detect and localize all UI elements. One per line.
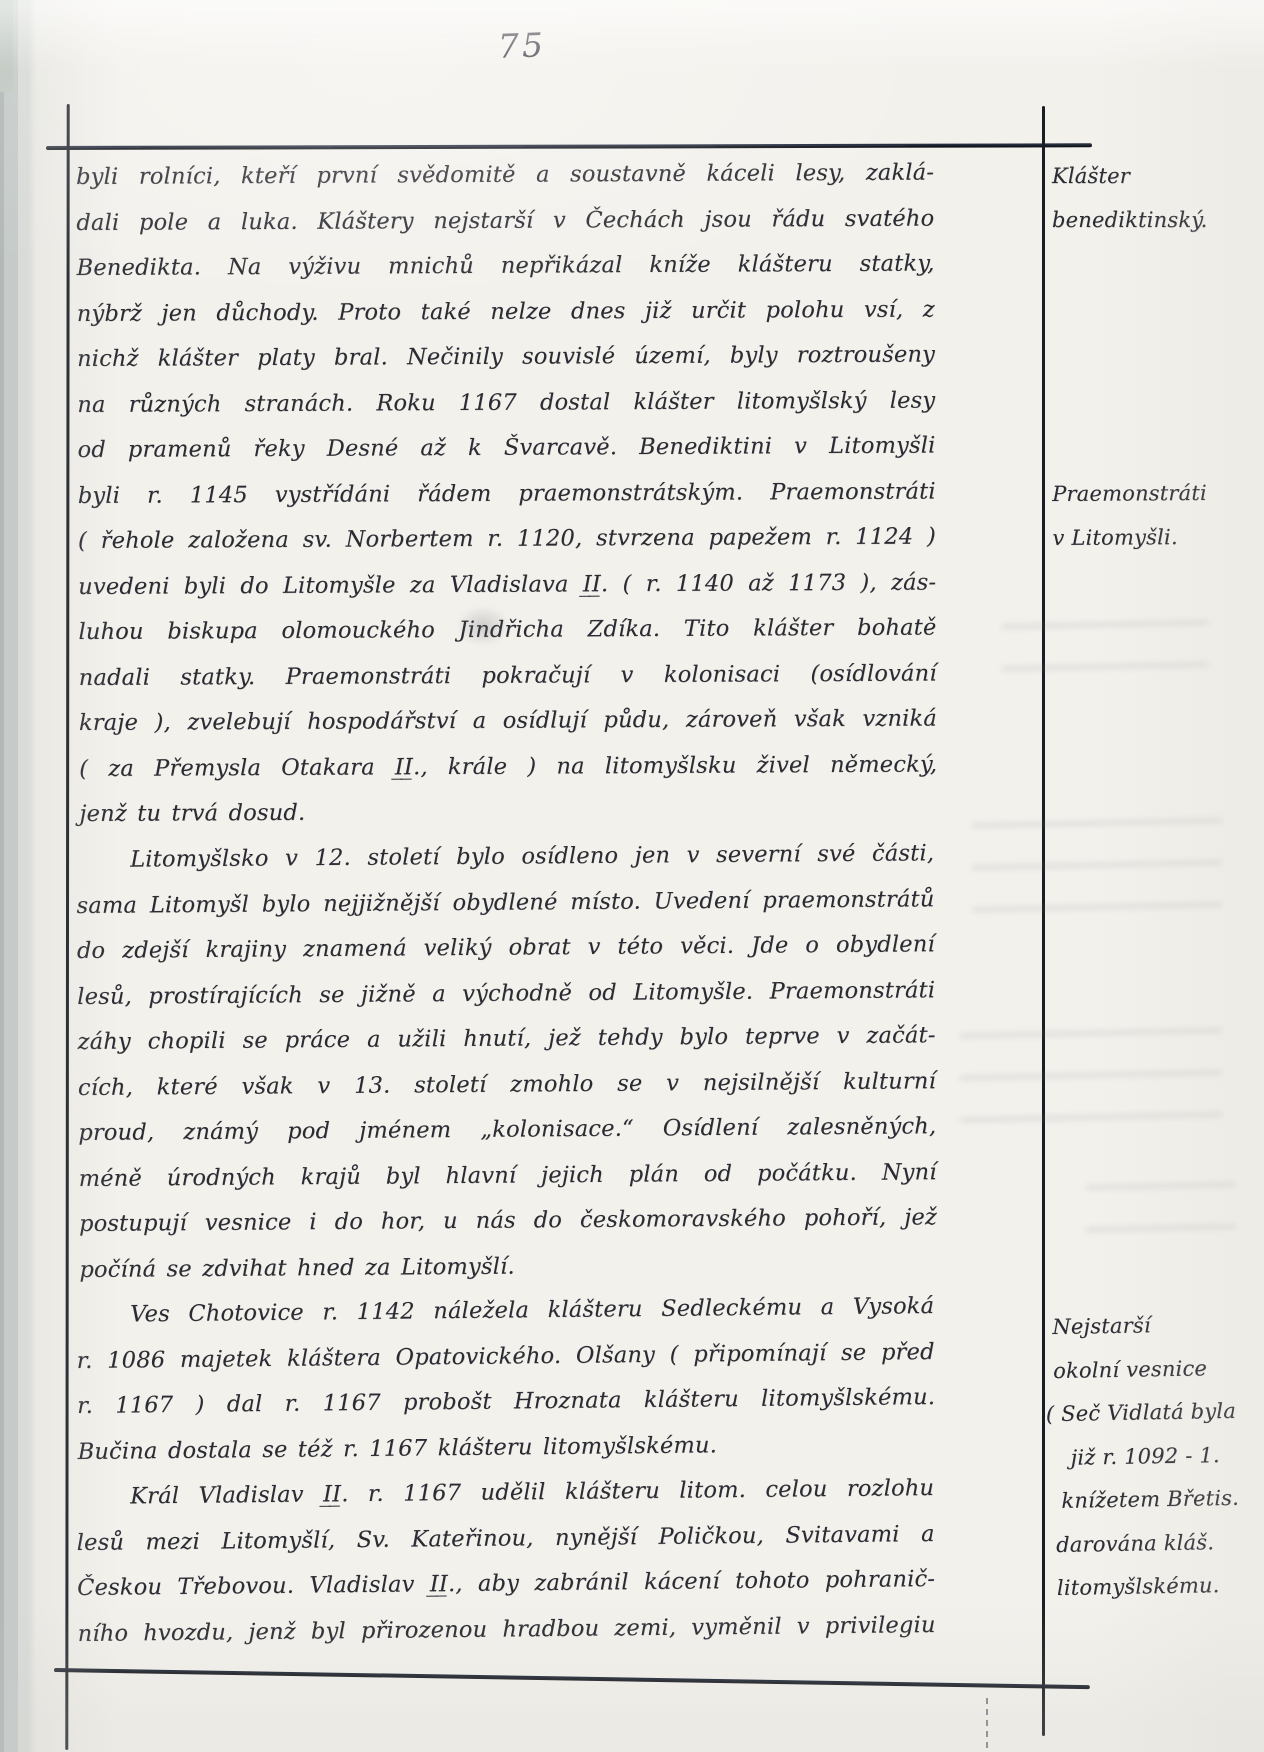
bleedthrough-ghost — [1086, 1180, 1236, 1238]
margin-note-line: okolní vesnice — [1053, 1346, 1264, 1393]
paragraph-colonisation: Litomyšlsko v 12. století bylo osídleno … — [76, 831, 938, 1293]
text-line: Bučina dostala se též r. 1167 klášteru l… — [77, 1420, 935, 1474]
margin-note-line: v Litomyšli. — [1052, 515, 1264, 560]
text-line: Ves Chotovice r. 1142 náležela klášteru … — [76, 1284, 934, 1338]
margin-note-line: knížetem Břetis. — [1061, 1476, 1264, 1523]
margin-note-oldest-villages: Nejstaršíokolní vesnice( Seč Vidlatá byl… — [1052, 1302, 1264, 1610]
text-line: ( řehole založena sv. Norbertem r. 1120,… — [78, 515, 936, 565]
top-rule-line — [46, 143, 1092, 150]
left-margin-rule — [65, 104, 69, 1750]
text-line: ního hvozdu, jenž byl přirozenou hradbou… — [77, 1602, 935, 1656]
page-number: 75 — [497, 25, 546, 66]
margin-note-line: darována kláš. — [1056, 1520, 1264, 1567]
text-line: lesů mezi Litomyšlí, Sv. Kateřinou, nyně… — [76, 1511, 934, 1565]
text-line: uvedeni byli do Litomyšle za Vladislava … — [78, 560, 936, 610]
bleedthrough-ghost — [1002, 590, 1208, 676]
text-line: lesů, prostírajících se jižně a východně… — [77, 967, 935, 1019]
margin-note-benedictine: Klášterbenediktinský. — [1052, 154, 1264, 242]
text-line: dali pole a luka. Kláštery nejstarší v Č… — [76, 196, 934, 246]
manuscript-body: byli rolníci, kteří první svědomitě a so… — [76, 155, 934, 1657]
scanner-edge-strip — [0, 0, 36, 1752]
text-line: r. 1086 majetek kláštera Opatovického. O… — [76, 1329, 934, 1383]
text-line: cích, které však v 13. století zmohlo se… — [78, 1058, 936, 1110]
margin-note-premonstratensian: Praemonstrátiv Litomyšli. — [1052, 471, 1264, 560]
text-line: luhou biskupa olomouckého Jindřicha Zdík… — [78, 606, 936, 656]
text-line: nichž klášter platy bral. Nečinily souvi… — [77, 333, 935, 383]
text-line: proud, známý pod jménem „kolonisace.“ Os… — [78, 1104, 936, 1156]
right-margin-rule — [1042, 106, 1045, 1736]
text-line: nýbrž jen důchody. Proto také nelze dnes… — [77, 287, 935, 337]
text-line: kraje ), zvelebují hospodářství a osídlu… — [79, 697, 937, 747]
scanner-edge-corner — [0, 0, 13, 92]
text-line: byli r. 1145 vystřídáni řádem praemonstr… — [78, 469, 936, 519]
bleedthrough-ghost — [972, 806, 1222, 916]
manuscript-page: 75 byli rolníci, kteří první svědomitě a… — [0, 0, 1264, 1752]
bottom-dashed-mark — [986, 1698, 988, 1748]
text-line: Král Vladislav I̲I̲. r. 1167 udělil kláš… — [76, 1466, 934, 1520]
text-line: postupují vesnice i do hor, u nás do čes… — [79, 1195, 937, 1247]
text-line: sama Litomyšl bylo nejjižnější obydlené … — [76, 876, 934, 928]
paragraph-benedictines: byli rolníci, kteří první svědomitě a so… — [76, 151, 938, 838]
text-line: jenž tu trvá dosud. — [79, 787, 937, 837]
paragraph-vladislav-grant: Král Vladislav I̲I̲. r. 1167 udělil kláš… — [76, 1466, 936, 1657]
text-line: záhy chopili se práce a užili hnutí, jež… — [77, 1013, 935, 1065]
margin-note-line: Nejstarší — [1052, 1302, 1264, 1349]
text-line: Benedikta. Na výživu mnichů nepřikázal k… — [76, 242, 934, 292]
text-line: na různých stranách. Roku 1167 dostal kl… — [77, 378, 935, 428]
text-line: do zdejší krajiny znamená veliký obrat v… — [77, 922, 935, 974]
text-line: nadali statky. Praemonstráti pokračují v… — [79, 651, 937, 701]
margin-note-line: Praemonstráti — [1052, 471, 1264, 516]
bottom-rule-line — [54, 1668, 1090, 1689]
margin-note-line: benediktinský. — [1052, 198, 1264, 242]
text-line: byli rolníci, kteří první svědomitě a so… — [76, 151, 934, 201]
text-line: Litomyšlsko v 12. století bylo osídleno … — [76, 831, 934, 883]
text-line: ( za Přemysla Otakara I̲I̲., krále ) na … — [79, 742, 937, 792]
margin-note-line: ( Seč Vidlatá byla — [1046, 1389, 1264, 1436]
margin-note-line: litomyšlskému. — [1057, 1563, 1264, 1610]
paragraph-villages: Ves Chotovice r. 1142 náležela klášteru … — [76, 1284, 936, 1475]
text-line: od pramenů řeky Desné až k Švarcavě. Ben… — [77, 424, 935, 474]
text-line: Českou Třebovou. Vladislav I̲I̲., aby za… — [77, 1557, 935, 1611]
margin-note-line: Klášter — [1052, 154, 1264, 198]
text-line: méně úrodných krajů byl hlavní jejich pl… — [79, 1149, 937, 1201]
text-line: r. 1167 ) dal r. 1167 probošt Hroznata k… — [77, 1375, 935, 1429]
bleedthrough-ghost — [960, 1000, 1222, 1126]
margin-note-line: již r. 1092 - 1. — [1070, 1433, 1264, 1480]
